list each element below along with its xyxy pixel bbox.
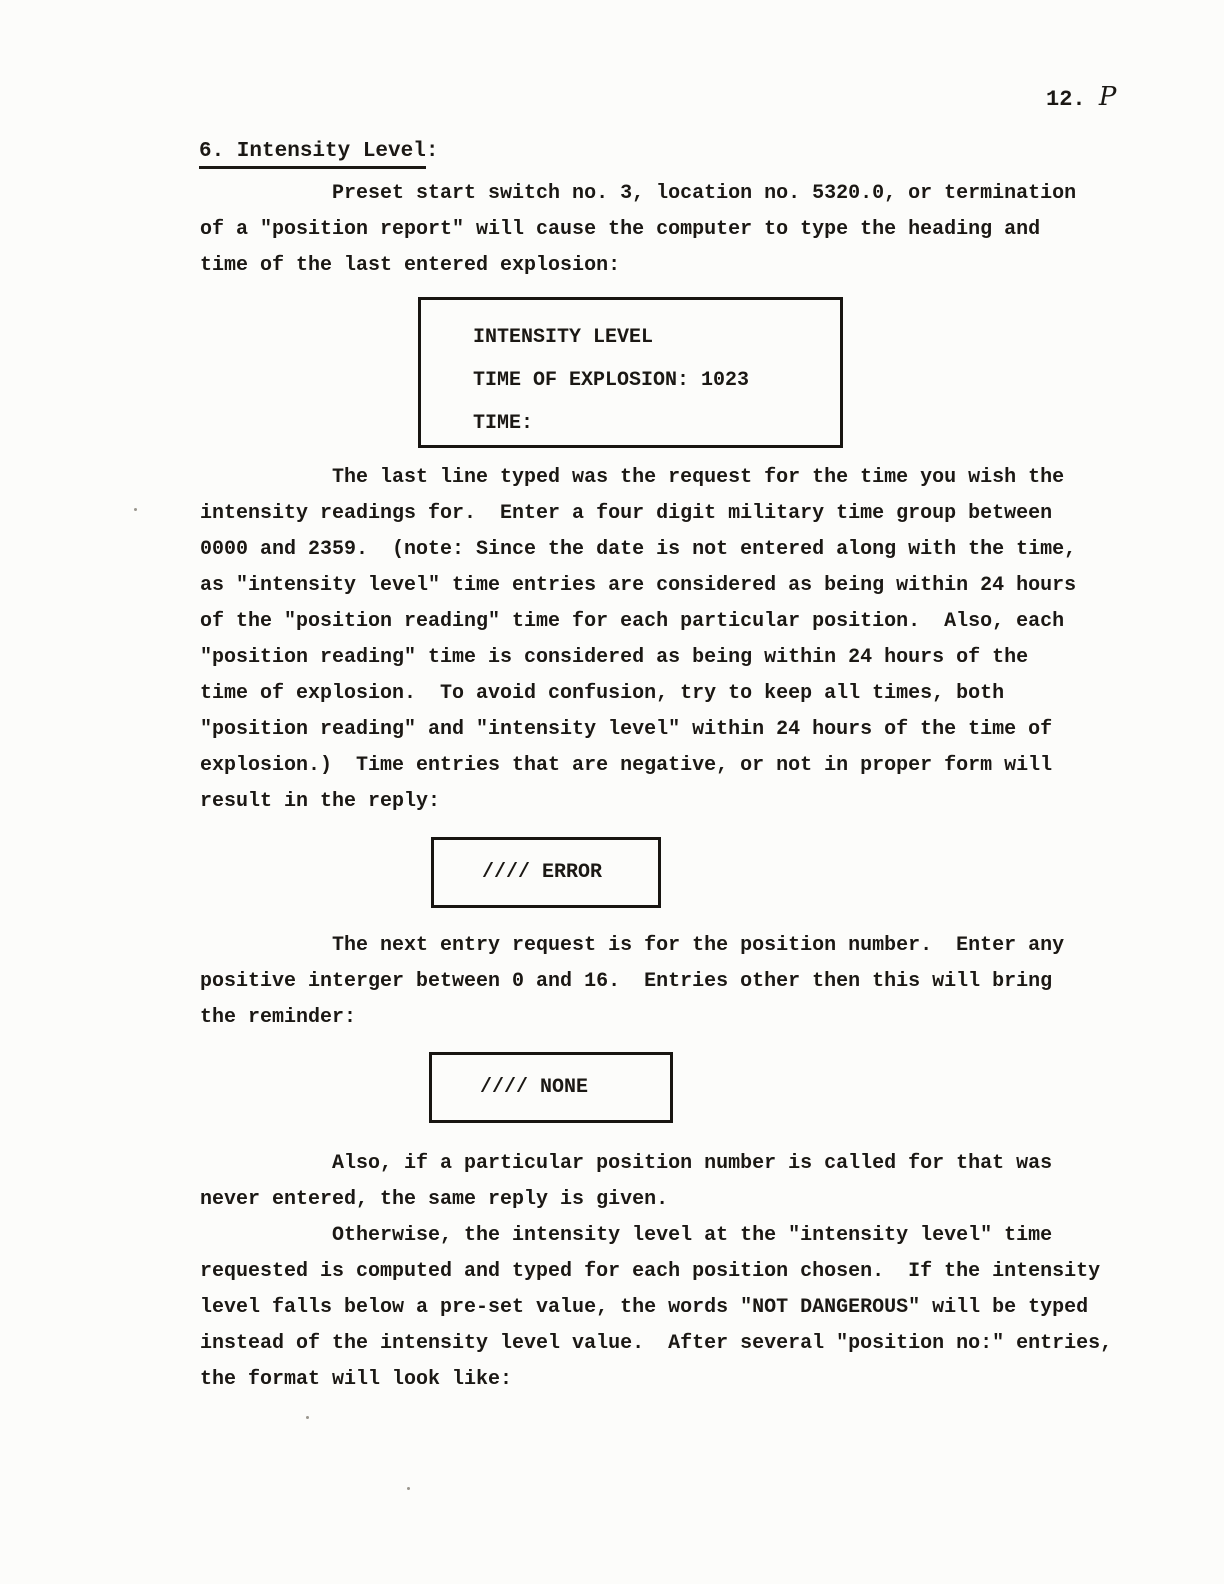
page-number: 12. P (1046, 82, 1116, 112)
text-line: explosion.) Time entries that are negati… (200, 748, 1076, 784)
text-line: of the "position reading" time for each … (200, 604, 1076, 640)
paragraph-next-entry: The next entry request is for the positi… (200, 928, 1064, 1036)
text-line: time of the last entered explosion: (200, 248, 1076, 284)
text-line: time of explosion. To avoid confusion, t… (200, 676, 1076, 712)
page-number-typed: 12. (1046, 87, 1086, 112)
text-line: never entered, the same reply is given. (200, 1182, 1052, 1218)
text-line: the reminder: (200, 1000, 1064, 1036)
text-line: The next entry request is for the positi… (200, 928, 1064, 964)
text-line: of a "position report" will cause the co… (200, 212, 1076, 248)
document-page: 12. P 6. Intensity Level: Preset start s… (0, 0, 1224, 1584)
text-line: Preset start switch no. 3, location no. … (200, 176, 1076, 212)
text-line: result in the reply: (200, 784, 1076, 820)
text-line: "position reading" time is considered as… (200, 640, 1076, 676)
scan-speck (407, 1487, 410, 1490)
section-heading-colon: : (426, 140, 439, 163)
text-line: as "intensity level" time entries are co… (200, 568, 1076, 604)
text-line: TIME OF EXPLOSION: 1023 (473, 359, 840, 402)
text-line: level falls below a pre-set value, the w… (200, 1290, 1112, 1326)
text-line: //// ERROR (482, 863, 602, 883)
scan-speck (306, 1416, 309, 1419)
scan-speck (134, 508, 137, 511)
text-line: 0000 and 2359. (note: Since the date is … (200, 532, 1076, 568)
paragraph-last-line-typed: The last line typed was the request for … (200, 460, 1076, 820)
terminal-output-box-none: //// NONE (429, 1052, 673, 1123)
paragraph-otherwise: Otherwise, the intensity level at the "i… (200, 1218, 1112, 1398)
text-line: requested is computed and typed for each… (200, 1254, 1112, 1290)
terminal-output-box-error: //// ERROR (431, 837, 661, 908)
text-line: INTENSITY LEVEL (473, 316, 840, 359)
text-line: instead of the intensity level value. Af… (200, 1326, 1112, 1362)
text-line: intensity readings for. Enter a four dig… (200, 496, 1076, 532)
text-line: positive interger between 0 and 16. Entr… (200, 964, 1064, 1000)
terminal-output-box-intensity-level: INTENSITY LEVELTIME OF EXPLOSION: 1023TI… (418, 297, 843, 448)
text-line: "position reading" and "intensity level"… (200, 712, 1076, 748)
page-number-handwritten-letter: P (1099, 82, 1117, 112)
paragraph-preset-start: Preset start switch no. 3, location no. … (200, 176, 1076, 284)
text-line: the format will look like: (200, 1362, 1112, 1398)
paragraph-also-position-number: Also, if a particular position number is… (200, 1146, 1052, 1218)
text-line: TIME: (473, 402, 840, 445)
section-heading: 6. Intensity Level: (199, 140, 438, 163)
section-heading-text: 6. Intensity Level (199, 140, 426, 169)
text-line: //// NONE (480, 1078, 588, 1098)
text-line: Also, if a particular position number is… (200, 1146, 1052, 1182)
text-line: The last line typed was the request for … (200, 460, 1076, 496)
text-line: Otherwise, the intensity level at the "i… (200, 1218, 1112, 1254)
